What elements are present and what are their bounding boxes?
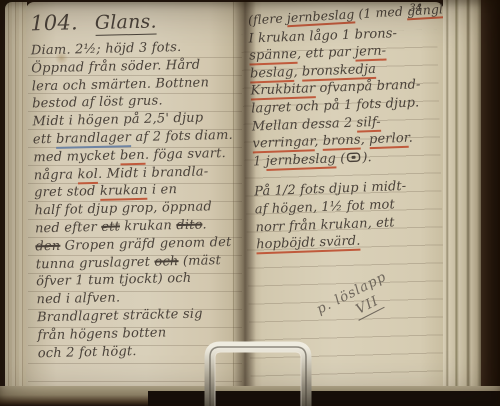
word-segment: , ett par [297, 45, 355, 62]
word-segment: jern- [355, 44, 387, 62]
word-segment: Öppnad från söder. Hård [31, 57, 200, 76]
buckle-sketch-icon [345, 150, 363, 166]
notebook-photo: 104.Glans. Diam. 2½; höjd 3 fots.Öppnad … [0, 0, 500, 406]
word-segment: krukan [100, 183, 148, 201]
word-segment: gret stod [34, 184, 100, 200]
right-page-paragraph-1: I krukan lågo 1 brons-spänne, ett par je… [248, 23, 443, 171]
entry-title: Glans. [95, 11, 157, 36]
word-segment: 1 [253, 154, 266, 169]
word-segment: kol [77, 166, 98, 183]
page-edge-stack-left [5, 2, 27, 400]
word-segment: silf- [356, 114, 381, 132]
word-segment: ofvanpå brand- [315, 78, 421, 97]
word-segment: jernbeslag [286, 6, 354, 27]
entry-heading: 104.Glans. [30, 6, 237, 43]
word-segment: perlor [369, 131, 409, 149]
word-segment: . föga svart. [145, 146, 226, 163]
word-segment: . [202, 217, 207, 232]
word-segment: ben [120, 148, 145, 166]
word-segment: . [408, 131, 413, 146]
word-segment: ett [101, 219, 120, 234]
word-segment: Brandlagret sträckte sig [37, 306, 203, 325]
word-segment: jernbeslag [265, 151, 336, 171]
word-segment: Diam. 2½; höjd 3 fots. [31, 40, 182, 58]
word-segment: half fot djup grop, öppnad [34, 199, 212, 218]
word-segment: den [35, 239, 60, 255]
word-segment: brons [322, 133, 361, 151]
word-segment: krukan [120, 218, 177, 234]
page-edge-stack-right [443, 0, 482, 402]
word-segment: öfver 1 tum tjockt) och [36, 271, 192, 290]
word-segment: Mellan dessa 2 [252, 115, 357, 134]
word-segment: , [360, 132, 369, 147]
word-segment: spänne [249, 47, 297, 66]
word-segment: ett [33, 132, 56, 148]
word-segment: ). [362, 150, 372, 165]
word-segment: i en [147, 182, 177, 198]
word-segment: hopböjdt svärd. [256, 234, 361, 255]
right-page-paragraph-2: På 1/2 fots djup i midt-af högen, 1½ fot… [254, 177, 446, 254]
word-segment: (1 med [354, 3, 408, 21]
clasp-icon [199, 340, 317, 406]
word-segment: tunna gruslagret [36, 254, 155, 272]
word-segment: brandlager [56, 130, 131, 149]
word-segment: Midt i högen på 2,5' djup [32, 111, 203, 130]
word-segment: (flere [248, 10, 288, 27]
right-page-handwriting: (flere jernbeslag (1 med gångled) I kruk… [248, 3, 447, 255]
word-segment: dito [176, 217, 202, 233]
right-page: 34 (flere jernbeslag (1 med gångled) I k… [244, 2, 444, 394]
word-segment: . Midt i brandla- [98, 164, 209, 182]
left-page-lines: Diam. 2½; höjd 3 fots.Öppnad från söder.… [31, 38, 244, 363]
word-segment: bestod af löst grus. [32, 94, 163, 112]
book-cover-right [481, 0, 500, 406]
word-segment: lera och smärten. Bottnen [32, 75, 210, 94]
word-segment: Gropen gräfd genom det [60, 235, 231, 254]
word-segment: och [154, 254, 178, 270]
entry-number: 104. [30, 10, 78, 35]
word-segment: med mycket [33, 148, 120, 165]
word-segment: ned efter [35, 220, 102, 237]
word-segment: (mäst [178, 253, 221, 269]
pencil-note: p. löslapp VII [314, 269, 398, 336]
word-segment: från högens botten [37, 325, 166, 343]
left-page-handwriting: 104.Glans. Diam. 2½; höjd 3 fots.Öppnad … [30, 6, 244, 363]
word-segment: norr från krukan, ett [255, 215, 394, 235]
word-segment: af 2 fots diam. [131, 128, 233, 145]
word-segment: ned i alfven. [36, 291, 120, 308]
word-segment: några [34, 167, 78, 183]
word-segment: och 2 fot högt. [38, 344, 137, 361]
left-page: 104.Glans. Diam. 2½; höjd 3 fots.Öppnad … [26, 2, 244, 390]
